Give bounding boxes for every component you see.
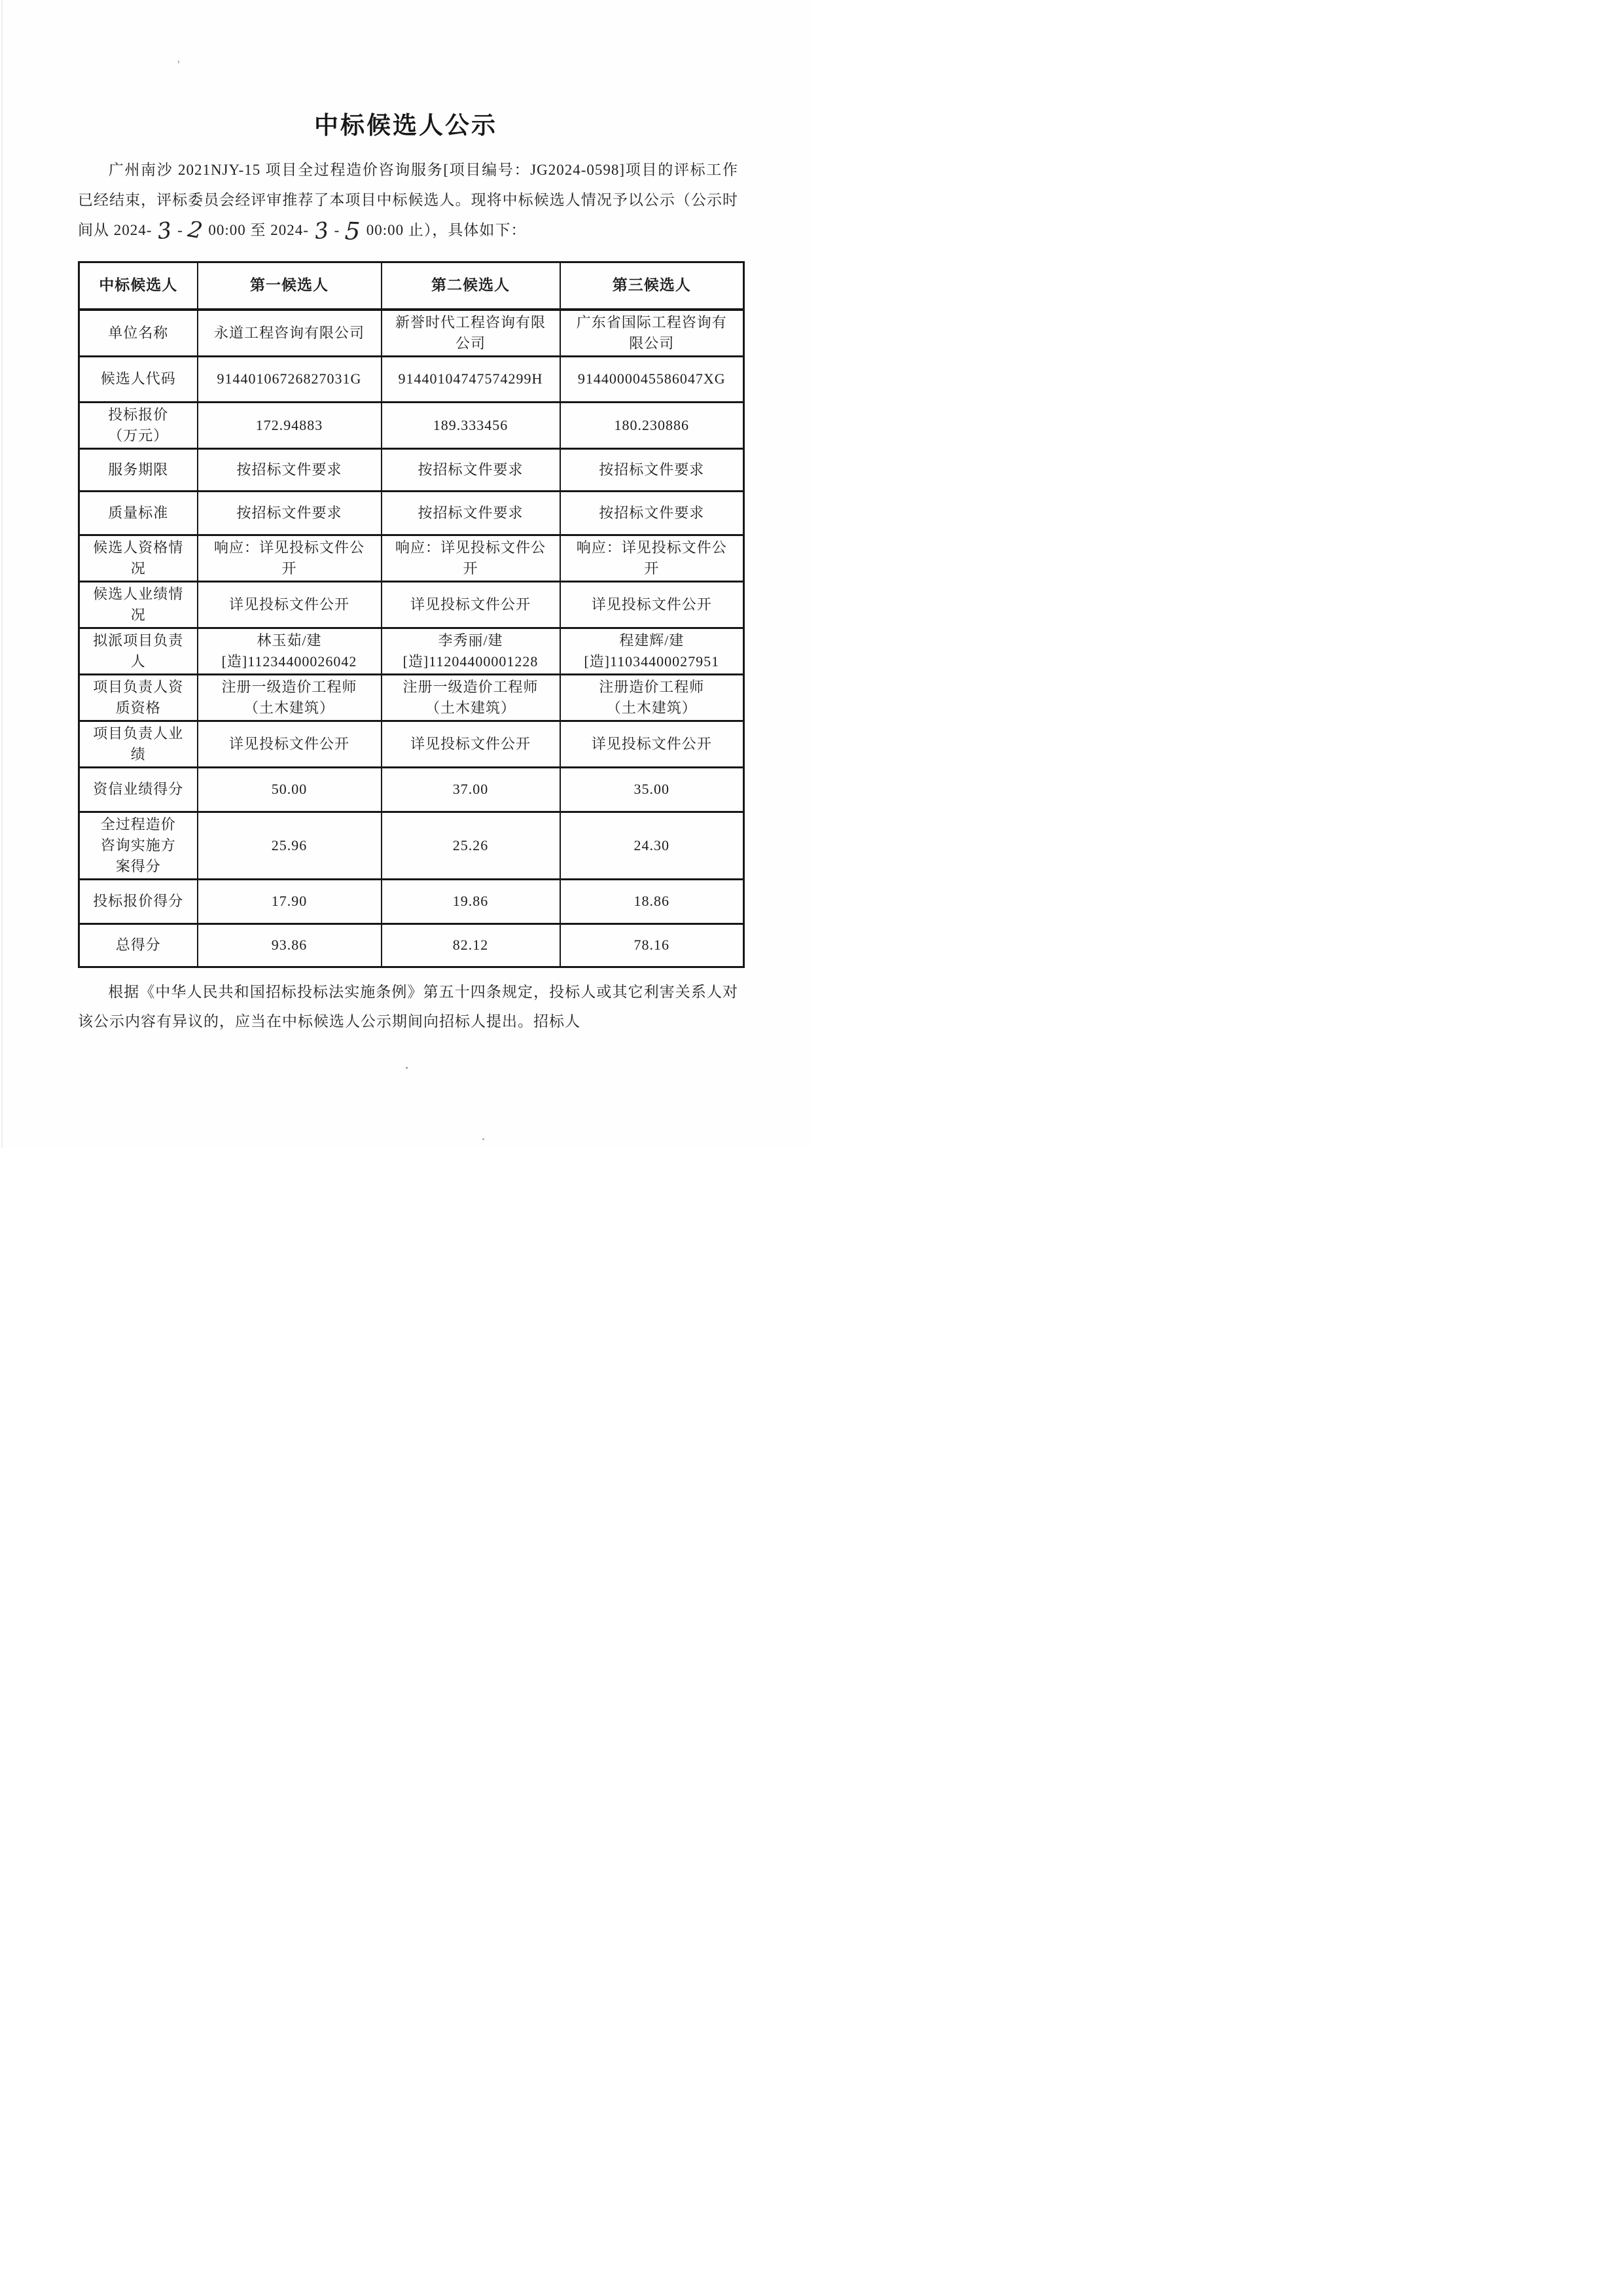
- scan-speck: [178, 60, 179, 63]
- table-cell: 响应：详见投标文件公 开: [198, 535, 382, 581]
- table-cell: 注册一级造价工程师 （土木建筑）: [382, 674, 560, 721]
- table-cell: 91440104747574299H: [382, 356, 560, 402]
- intro-dash-2: -: [334, 222, 340, 238]
- intro-text-3: 00:00 止），具体如下：: [366, 222, 527, 238]
- document-page: 中标候选人公示 广州南沙 2021NJY-15 项目全过程造价咨询服务[项目编号…: [0, 0, 811, 1148]
- table-cell: 响应：详见投标文件公 开: [382, 535, 560, 581]
- row-label: 候选人代码: [79, 356, 198, 402]
- table-row-bid-price: 投标报价 （万元） 172.94883 189.333456 180.23088…: [79, 402, 744, 448]
- table-row-company-name: 单位名称 永道工程咨询有限公司 新誉时代工程咨询有限 公司 广东省国际工程咨询有…: [79, 310, 744, 357]
- intro-paragraph: 广州南沙 2021NJY-15 项目全过程造价咨询服务[项目编号：JG2024-…: [78, 155, 738, 245]
- scan-speck: [406, 1067, 408, 1069]
- table-cell: 李秀丽/建 [造]11204400001228: [382, 628, 560, 674]
- table-cell: 35.00: [560, 767, 744, 812]
- row-label: 候选人资格情 况: [79, 535, 198, 581]
- table-row-quality-standard: 质量标准 按招标文件要求 按招标文件要求 按招标文件要求: [79, 491, 744, 535]
- table-cell: 25.96: [198, 812, 382, 879]
- row-label: 候选人业绩情 况: [79, 581, 198, 628]
- table-row-plan-score: 全过程造价 咨询实施方 案得分 25.96 25.26 24.30: [79, 812, 744, 879]
- row-label: 投标报价 （万元）: [79, 402, 198, 448]
- page-title: 中标候选人公示: [0, 0, 811, 141]
- table-cell: 程建辉/建 [造]11034400027951: [560, 628, 744, 674]
- legal-text: 根据《中华人民共和国招标投标法实施条例》第五十四条规定，投标人或其它利害关系人对…: [78, 984, 738, 1030]
- table-cell: 37.00: [382, 767, 560, 812]
- row-label: 项目负责人业 绩: [79, 721, 198, 767]
- header-cell-candidate-2: 第二候选人: [382, 262, 560, 310]
- table-cell: 172.94883: [198, 402, 382, 448]
- table-cell: 按招标文件要求: [198, 491, 382, 535]
- row-label: 服务期限: [79, 448, 198, 491]
- table-row-project-manager: 拟派项目负责 人 林玉茹/建 [造]11234400026042 李秀丽/建 […: [79, 628, 744, 674]
- handwritten-day-from: 2: [188, 229, 202, 232]
- table-cell: 189.333456: [382, 402, 560, 448]
- intro-dash-1: -: [177, 222, 183, 238]
- table-cell: 按招标文件要求: [382, 491, 560, 535]
- handwritten-month-to: 3: [315, 230, 329, 232]
- table-cell: 按招标文件要求: [198, 448, 382, 491]
- table-cell: 注册造价工程师 （土木建筑）: [560, 674, 744, 721]
- table-cell: 详见投标文件公开: [382, 581, 560, 628]
- table-row-performance: 候选人业绩情 况 详见投标文件公开 详见投标文件公开 详见投标文件公开: [79, 581, 744, 628]
- row-label: 项目负责人资 质资格: [79, 674, 198, 721]
- table-cell: 93.86: [198, 924, 382, 967]
- intro-text-2: 00:00 至 2024-: [208, 222, 309, 238]
- candidates-table: 中标候选人 第一候选人 第二候选人 第三候选人 单位名称 永道工程咨询有限公司 …: [78, 261, 745, 968]
- table-cell: 24.30: [560, 812, 744, 879]
- table-cell: 25.26: [382, 812, 560, 879]
- table-row-manager-performance: 项目负责人业 绩 详见投标文件公开 详见投标文件公开 详见投标文件公开: [79, 721, 744, 767]
- table-row-price-score: 投标报价得分 17.90 19.86 18.86: [79, 879, 744, 924]
- row-label: 总得分: [79, 924, 198, 967]
- table-cell: 响应：详见投标文件公 开: [560, 535, 744, 581]
- table-cell: 详见投标文件公开: [382, 721, 560, 767]
- handwritten-month-from: 3: [158, 230, 172, 232]
- header-cell-label: 中标候选人: [79, 262, 198, 310]
- table-cell: 19.86: [382, 879, 560, 924]
- table-cell: 详见投标文件公开: [198, 721, 382, 767]
- table-cell: 广东省国际工程咨询有 限公司: [560, 310, 744, 357]
- table-cell: 17.90: [198, 879, 382, 924]
- table-row-service-period: 服务期限 按招标文件要求 按招标文件要求 按招标文件要求: [79, 448, 744, 491]
- scan-speck: [482, 1138, 484, 1140]
- handwritten-day-to: 5: [345, 232, 361, 232]
- table-cell: 详见投标文件公开: [560, 581, 744, 628]
- row-label: 全过程造价 咨询实施方 案得分: [79, 812, 198, 879]
- table-cell: 详见投标文件公开: [560, 721, 744, 767]
- legal-paragraph: 根据《中华人民共和国招标投标法实施条例》第五十四条规定，投标人或其它利害关系人对…: [78, 977, 738, 1036]
- table-cell: 按招标文件要求: [382, 448, 560, 491]
- table-row-total-score: 总得分 93.86 82.12 78.16: [79, 924, 744, 967]
- table-cell: 78.16: [560, 924, 744, 967]
- table-row-candidate-code: 候选人代码 91440106726827031G 914401047475742…: [79, 356, 744, 402]
- table-cell: 9144000045586047XG: [560, 356, 744, 402]
- table-cell: 按招标文件要求: [560, 448, 744, 491]
- header-cell-candidate-3: 第三候选人: [560, 262, 744, 310]
- table-cell: 按招标文件要求: [560, 491, 744, 535]
- table-cell: 林玉茹/建 [造]11234400026042: [198, 628, 382, 674]
- table-cell: 50.00: [198, 767, 382, 812]
- row-label: 投标报价得分: [79, 879, 198, 924]
- row-label: 拟派项目负责 人: [79, 628, 198, 674]
- row-label: 单位名称: [79, 310, 198, 357]
- table-cell: 注册一级造价工程师 （土木建筑）: [198, 674, 382, 721]
- table-cell: 新誉时代工程咨询有限 公司: [382, 310, 560, 357]
- table-row-qualification: 候选人资格情 况 响应：详见投标文件公 开 响应：详见投标文件公 开 响应：详见…: [79, 535, 744, 581]
- table-cell: 82.12: [382, 924, 560, 967]
- table-cell: 18.86: [560, 879, 744, 924]
- table-row-credit-score: 资信业绩得分 50.00 37.00 35.00: [79, 767, 744, 812]
- table-cell: 详见投标文件公开: [198, 581, 382, 628]
- scan-edge-artifact: [1, 0, 3, 1148]
- table-cell: 永道工程咨询有限公司: [198, 310, 382, 357]
- table-cell: 91440106726827031G: [198, 356, 382, 402]
- header-cell-candidate-1: 第一候选人: [198, 262, 382, 310]
- table-cell: 180.230886: [560, 402, 744, 448]
- table-row-manager-qualification: 项目负责人资 质资格 注册一级造价工程师 （土木建筑） 注册一级造价工程师 （土…: [79, 674, 744, 721]
- row-label: 资信业绩得分: [79, 767, 198, 812]
- row-label: 质量标准: [79, 491, 198, 535]
- table-header-row: 中标候选人 第一候选人 第二候选人 第三候选人: [79, 262, 744, 310]
